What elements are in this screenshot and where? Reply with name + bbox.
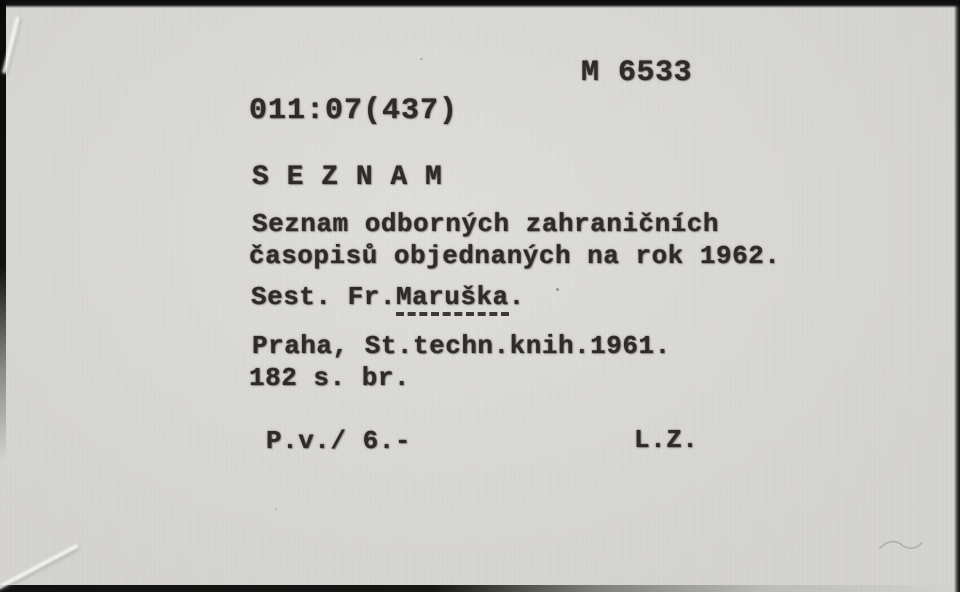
compiler-prefix: Sest. Fr. [251, 282, 396, 312]
ink-speck [556, 288, 559, 291]
compiler-name-underlined: Maruška [396, 284, 509, 316]
compiler-suffix: . [509, 282, 525, 312]
catalog-card-scan: M 6533 011:07(437) S E Z N A M Seznam od… [0, 0, 960, 592]
compiler-line: Sest. Fr.Maruška. [251, 284, 525, 316]
card-heading: S E Z N A M [252, 164, 442, 192]
collation-line: 182 s. br. [249, 365, 410, 391]
title-line-2: časopisů objednaných na rok 1962. [249, 243, 780, 269]
ink-speck [275, 508, 277, 510]
scan-edge-right [954, 0, 960, 592]
accession-number: M 6533 [581, 58, 692, 88]
scan-edge-top [0, 0, 960, 8]
classification-number: 011:07(437) [249, 96, 458, 126]
paper-crease-top-left [2, 16, 20, 73]
imprint-line: Praha, St.techn.knih.1961. [252, 333, 671, 359]
paper-crease-bottom-left [0, 544, 78, 592]
pencil-mark [878, 536, 924, 554]
scan-edge-left [0, 0, 6, 592]
title-line-1: Seznam odborných zahraničních [252, 211, 719, 237]
price-note: P.v./ 6.- [266, 428, 411, 454]
cataloguer-initials: L.Z. [634, 427, 698, 453]
scan-edge-bottom [0, 585, 960, 592]
ink-speck [420, 58, 423, 60]
